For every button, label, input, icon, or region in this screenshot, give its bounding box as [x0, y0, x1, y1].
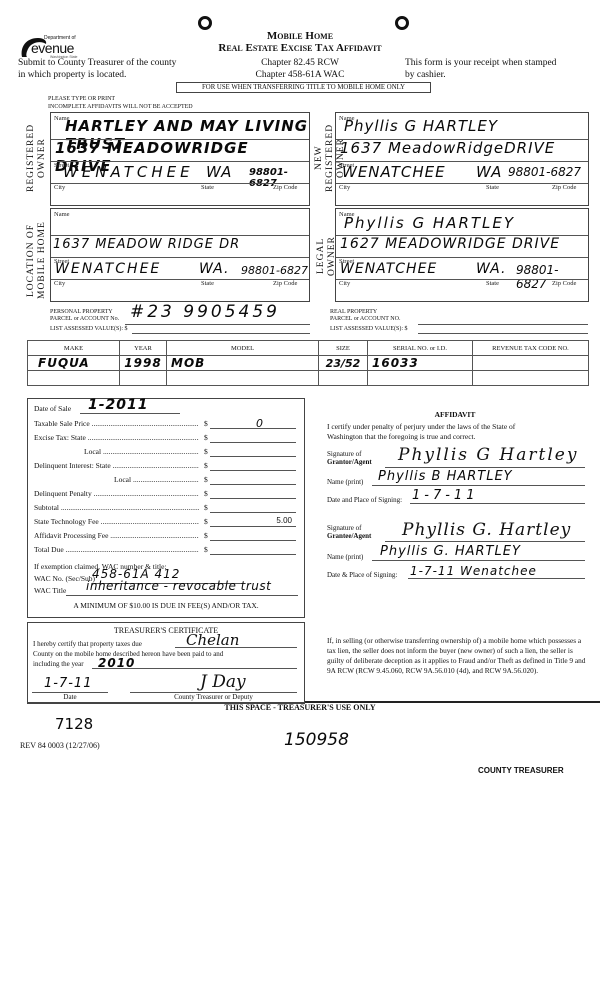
grantee-date-place[interactable]: 1-7-11 Wenatchee	[410, 564, 537, 578]
cell-make-2[interactable]	[28, 371, 120, 386]
new-owner-state[interactable]: WA	[476, 163, 502, 181]
cell-serial-2[interactable]	[368, 371, 473, 386]
cell-model[interactable]: MOB	[167, 356, 319, 371]
grantee-name-label: Name (print)	[327, 553, 363, 561]
form-title: Mobile Home Real Estate Excise Tax Affid…	[180, 30, 420, 54]
use-banner: FOR USE WHEN TRANSFERRING TITLE TO MOBIL…	[176, 82, 431, 93]
cell-revenue-code-2[interactable]	[473, 371, 589, 386]
location-street[interactable]: 1637 MEADOW RIDGE DR	[53, 237, 240, 252]
handwritten-number-150958: 150958	[284, 730, 349, 750]
location-zip[interactable]: 98801-6827	[241, 264, 308, 277]
col-make: MAKE	[28, 341, 120, 356]
table-row: FUQUA 1998 MOB 23/52 16033	[28, 356, 589, 371]
grantor-name-label: Name (print)	[327, 478, 363, 486]
col-size: SIZE	[319, 341, 368, 356]
legal-owner-name[interactable]: Phyllis G HARTLEY	[344, 214, 515, 232]
grantee-signature[interactable]: Phyllis G. Hartley	[402, 520, 571, 540]
treasurer-signer-label: County Treasurer or Deputy	[130, 693, 297, 701]
minimum-due-note: A MINIMUM OF $10.00 IS DUE IN FEE(S) AND…	[27, 601, 305, 610]
punch-hole-left	[198, 16, 212, 30]
cell-year[interactable]: 1998	[120, 356, 167, 371]
title-line-2: Real Estate Excise Tax Affidavit	[180, 42, 420, 54]
state-technology-fee-value[interactable]: 5.00	[276, 516, 292, 525]
treasurer-certificate-title: TREASURER'S CERTIFICATE	[27, 626, 305, 635]
new-owner-city[interactable]: WENATCHEE	[342, 163, 446, 181]
grantor-signature-label: Signature of Grantor/Agent	[327, 450, 372, 466]
fee-row-state-technology-fee: State Technology Fee ...................…	[34, 517, 304, 528]
form-revision-number: REV 84 0003 (12/27/06)	[20, 741, 100, 750]
legal-owner-label: LEGAL OWNER	[316, 218, 334, 294]
chapter-rcw: Chapter 82.45 RCW	[230, 58, 370, 68]
location-state[interactable]: WA.	[199, 261, 229, 277]
cell-size-2[interactable]	[319, 371, 368, 386]
new-owner-name[interactable]: Phyllis G HARTLEY	[344, 117, 498, 135]
new-owner-zip[interactable]: 98801-6827	[508, 165, 581, 179]
personal-parcel-label: PARCEL or ACCOUNT No.	[50, 316, 119, 322]
taxable-sale-price-value[interactable]: 0	[256, 417, 264, 430]
location-box: Name 1637 MEADOW RIDGE DR Street WENATCH…	[50, 208, 310, 302]
personal-property-label: PERSONAL PROPERTY	[50, 309, 113, 315]
submit-note-2: in which property is located.	[18, 70, 126, 80]
real-assessed-label: LIST ASSESSED VALUE(S): $	[330, 326, 408, 332]
location-label: LOCATION OF MOBILE HOME	[26, 214, 52, 306]
fee-row-subtotal: Subtotal ...............................…	[34, 503, 304, 514]
grantor-name[interactable]: Phyllis B HARTLEY	[378, 469, 513, 484]
treasurer-signature[interactable]: J Day	[200, 672, 246, 692]
instruction-type-print: PLEASE TYPE OR PRINT	[48, 96, 115, 102]
affidavit-text-1: I certify under penalty of perjury under…	[327, 422, 515, 431]
legal-owner-city[interactable]: WENATCHEE	[340, 261, 437, 277]
fee-row-delinquent-interest-state: Delinquent Interest: State .............…	[34, 461, 304, 472]
registered-owner-box: Name HARTLEY AND MAY LIVING TRUST 1637 M…	[50, 112, 310, 206]
treasurer-text-1: I hereby certify that property taxes due	[33, 640, 142, 648]
wac-title-label: WAC Title	[34, 586, 66, 595]
cell-make[interactable]: FUQUA	[28, 356, 120, 371]
fee-row-delinquent-interest-local: Local ..................................…	[34, 475, 304, 486]
cell-year-2[interactable]	[120, 371, 167, 386]
new-registered-owner-box: Name Phyllis G HARTLEY 1637 MeadowRidgeD…	[335, 112, 589, 206]
fee-row-excise-local: Local ..................................…	[34, 447, 304, 458]
col-serial: SERIAL NO. or I.D.	[368, 341, 473, 356]
table-row	[28, 371, 589, 386]
treasurer-text-3: including the year	[33, 660, 84, 668]
cell-model-2[interactable]	[167, 371, 319, 386]
instruction-incomplete: INCOMPLETE AFFIDAVITS WILL NOT BE ACCEPT…	[48, 104, 193, 110]
legal-owner-box: Name Phyllis G HARTLEY 1627 MEADOWRIDGE …	[335, 208, 589, 302]
grantee-date-label: Date & Place of Signing:	[327, 571, 397, 579]
fee-row-excise-state: Excise Tax: State ......................…	[34, 433, 304, 444]
receipt-note-1: This form is your receipt when stamped	[405, 58, 556, 68]
cell-revenue-code[interactable]	[473, 356, 589, 371]
location-city[interactable]: WENATCHEE	[55, 261, 161, 277]
fee-row-taxable-sale-price: Taxable Sale Price .....................…	[34, 419, 304, 430]
grantee-name[interactable]: Phyllis G. HARTLEY	[380, 544, 521, 559]
county-treasurer-stamp: COUNTY TREASURER	[478, 766, 564, 775]
registered-owner-label: REGISTERED OWNER	[26, 118, 52, 198]
legal-owner-state[interactable]: WA.	[476, 261, 506, 277]
fee-row-total-due: Total Due ..............................…	[34, 545, 304, 556]
handwritten-number-7128: 7128	[55, 715, 93, 733]
cell-serial[interactable]: 16033	[368, 356, 473, 371]
real-parcel-label: PARCEL or ACCOUNT NO.	[330, 316, 400, 322]
chapter-wac: Chapter 458-61A WAC	[230, 70, 370, 80]
col-model: MODEL	[167, 341, 319, 356]
agency-name: evenue	[31, 40, 74, 56]
revenue-logo: Department of evenue Washington State	[18, 33, 98, 61]
submit-note-1: Submit to County Treasurer of the county	[18, 58, 176, 68]
col-year: YEAR	[120, 341, 167, 356]
registered-owner-city[interactable]: WENATCHEE	[63, 163, 194, 181]
grantor-date-label: Date and Place of Signing:	[327, 496, 402, 504]
lien-notice: If, in selling (or otherwise transferrin…	[327, 636, 589, 676]
legal-owner-street[interactable]: 1627 MEADOWRIDGE DRIVE	[340, 236, 560, 252]
wac-title-value[interactable]: inheritance - revocable trust	[86, 579, 271, 593]
grantor-signature[interactable]: Phyllis G Hartley	[398, 445, 578, 465]
mobile-home-table: MAKE YEAR MODEL SIZE SERIAL NO. or I.D. …	[27, 340, 589, 386]
new-owner-street[interactable]: 1637 MeadowRidgeDRIVE	[340, 139, 555, 157]
punch-hole-right	[395, 16, 409, 30]
treasurer-use-only: THIS SPACE - TREASURER'S USE ONLY	[0, 703, 600, 712]
affidavit-text-2: Washington that the foregoing is true an…	[327, 432, 476, 441]
title-line-1: Mobile Home	[180, 30, 420, 42]
fee-row-affidavit-processing-fee: Affidavit Processing Fee ...............…	[34, 531, 304, 542]
date-of-sale-value[interactable]: 1-2011	[88, 397, 149, 413]
affidavit-title: AFFIDAVIT	[310, 410, 600, 419]
real-property-label: REAL PROPERTY	[330, 309, 377, 315]
cell-size[interactable]: 23/52	[319, 356, 368, 371]
grantee-signature-label: Signature of Grantee/Agent	[327, 524, 371, 540]
treasurer-date-label: Date	[32, 693, 108, 701]
col-revenue-tax-code: REVENUE TAX CODE NO.	[473, 341, 589, 356]
personal-parcel-value[interactable]: #23 9905459	[130, 302, 280, 322]
registered-owner-state[interactable]: WA	[206, 163, 232, 181]
table-header-row: MAKE YEAR MODEL SIZE SERIAL NO. or I.D. …	[28, 341, 589, 356]
receipt-note-2: by cashier.	[405, 70, 446, 80]
date-of-sale-label: Date of Sale	[34, 404, 71, 413]
grantor-date[interactable]: 1-7-11	[412, 488, 478, 503]
fee-row-delinquent-penalty: Delinquent Penalty .....................…	[34, 489, 304, 500]
personal-assessed-label: LIST ASSESSED VALUE(S): $	[50, 326, 128, 332]
treasurer-date[interactable]: 1-7-11	[44, 676, 92, 691]
